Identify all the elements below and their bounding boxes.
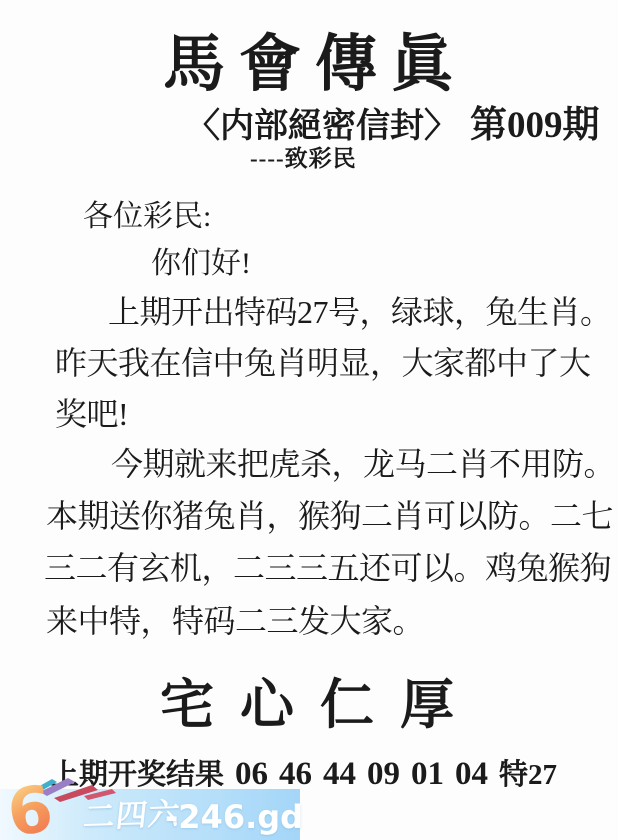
letter-line: 昨天我在信中兔肖明显，大家都中了大 <box>55 338 591 384</box>
special-number: 特27 <box>499 752 557 793</box>
letter-line: 今期就来把虎杀，龙马二肖不用防。 <box>111 439 615 485</box>
letter-line: 上期开出特码27号，绿球，兔生肖。 <box>108 287 612 333</box>
brand-domain: -246.gd <box>165 801 303 833</box>
result-number: 06 <box>235 756 268 793</box>
result-number: 44 <box>323 756 356 793</box>
letter-line: 本期送你猪兔肖，猴狗二肖可以防。二七 <box>46 491 613 537</box>
result-number: 01 <box>411 756 444 793</box>
result-number: 09 <box>367 756 400 793</box>
letter-line: 来中特，特码二三发大家。 <box>46 596 424 642</box>
letter-line: 三二有玄机，二三三五还可以。鸡兔猴狗 <box>44 543 611 589</box>
closing-phrase: 宅心仁厚 <box>0 662 618 739</box>
salutation: 各位彩民: <box>83 191 211 235</box>
dedication-line: ----致彩民 <box>250 140 357 173</box>
result-number: 46 <box>279 756 312 793</box>
issue-number: 第009期 <box>470 105 600 146</box>
fax-document: 馬會傳眞 〈内部絕密信封〉第009期 ----致彩民 各位彩民: 你们好! 上期… <box>0 0 618 840</box>
letter-line: 奖吧! <box>55 389 128 435</box>
result-number: 04 <box>455 756 488 793</box>
results-row: 上期开奖结果 06 46 44 09 01 04 特27 <box>50 752 557 793</box>
issue-line: 〈内部絕密信封〉第009期 <box>186 94 600 148</box>
brand-logo-6: 6 <box>4 777 57 840</box>
greeting: 你们好! <box>151 238 251 282</box>
page-title: 馬會傳眞 <box>0 14 618 103</box>
